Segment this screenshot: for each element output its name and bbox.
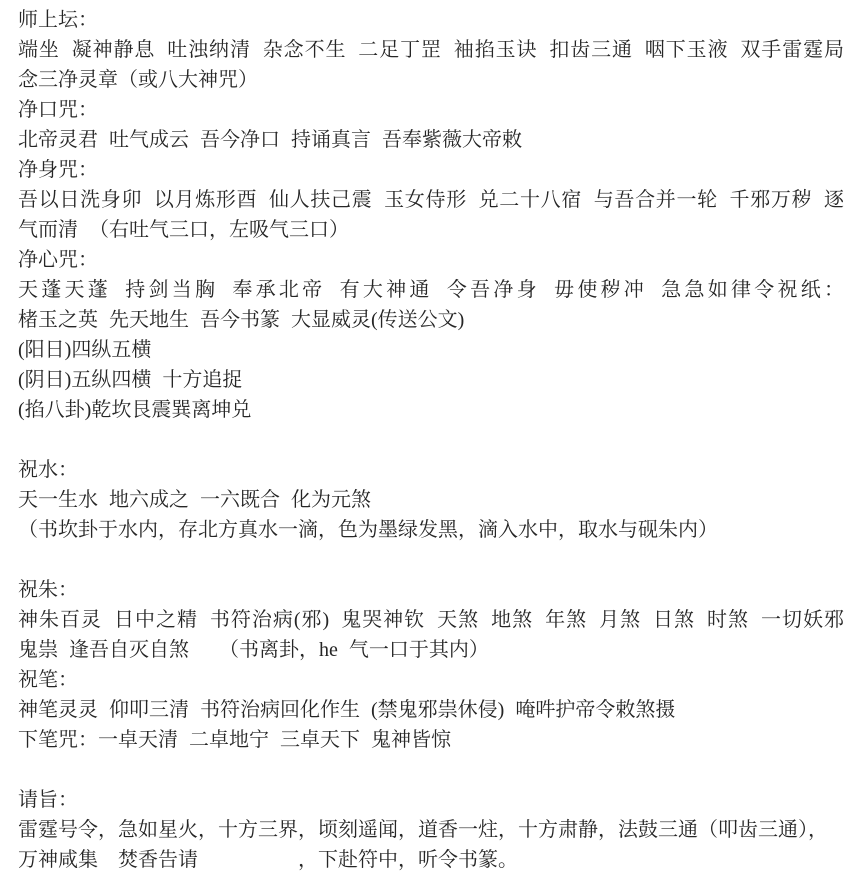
heading-shi-shang-tan: 师上坛： xyxy=(18,5,844,35)
heading-jing-xin-zhou: 净心咒： xyxy=(18,245,844,275)
text-line-yin-day: (阴日)五纵四横 十方追捉 xyxy=(18,365,844,395)
text-line: 气而清 （右吐气三口，左吸气三口） xyxy=(18,215,844,245)
text-line: 念三净灵章（或八大神咒） xyxy=(18,65,844,95)
heading-zhu-shui: 祝水： xyxy=(18,455,844,485)
text-line: 天一生水 地六成之 一六既合 化为元煞 xyxy=(18,485,844,515)
text-line: 鬼祟 逢吾自灭自煞 （书离卦，he 气一口于其内） xyxy=(18,635,844,665)
text-line: 楮玉之英 先天地生 吾今书篆 大显威灵(传送公文) xyxy=(18,305,844,335)
heading-qing-zhi: 请旨： xyxy=(18,785,844,815)
text-line: 神笔灵灵 仰叩三清 书符治病回化作生 (禁鬼邪祟休侵) 唵吽护帝令敕煞摄 xyxy=(18,695,844,725)
heading-zhu-bi: 祝笔： xyxy=(18,665,844,695)
text-line: 吾以日洗身卯 以月炼形酉 仙人扶己震 玉女侍形 兑二十八宿 与吾合并一轮 千邪万… xyxy=(18,185,844,215)
text-line-xiabi-zhou: 下笔咒：一卓天清 二卓地宁 三卓天下 鬼神皆惊 xyxy=(18,725,844,755)
blank-line xyxy=(18,545,844,575)
blank-line xyxy=(18,755,844,785)
text-line: 端坐 凝神静息 吐浊纳清 杂念不生 二足丁罡 袖掐玉诀 扣齿三通 咽下玉液 双手… xyxy=(18,35,844,65)
text-line-yang-day: (阳日)四纵五横 xyxy=(18,335,844,365)
text-line-bagua: (掐八卦)乾坎艮震巽离坤兑 xyxy=(18,395,844,425)
text-line: 北帝灵君 吐气成云 吾今净口 持诵真言 吾奉紫薇大帝敕 xyxy=(18,125,844,155)
heading-jing-shen-zhou: 净身咒： xyxy=(18,155,844,185)
text-line: （书坎卦于水内，存北方真水一滴，色为墨绿发黑，滴入水中，取水与砚朱内） xyxy=(18,515,844,545)
heading-zhu-zhu: 祝朱： xyxy=(18,575,844,605)
text-line: 天蓬天蓬 持剑当胸 奉承北帝 有大神通 令吾净身 毋使秽冲 急急如律令祝纸： xyxy=(18,275,844,305)
document-page: 师上坛： 端坐 凝神静息 吐浊纳清 杂念不生 二足丁罡 袖掐玉诀 扣齿三通 咽下… xyxy=(0,0,849,884)
text-line: 神朱百灵 日中之精 书符治病(邪) 鬼哭神钦 天煞 地煞 年煞 月煞 日煞 时煞… xyxy=(18,605,844,635)
text-line: 雷霆号令，急如星火，十方三界，顷刻遥闻，道香一炷，十方肃静，法鼓三通（叩齿三通）… xyxy=(18,815,844,845)
heading-jing-kou-zhou: 净口咒： xyxy=(18,95,844,125)
text-line: 万神咸集 焚香告请 ，下赴符中，听令书篆。 xyxy=(18,845,844,875)
blank-line xyxy=(18,425,844,455)
